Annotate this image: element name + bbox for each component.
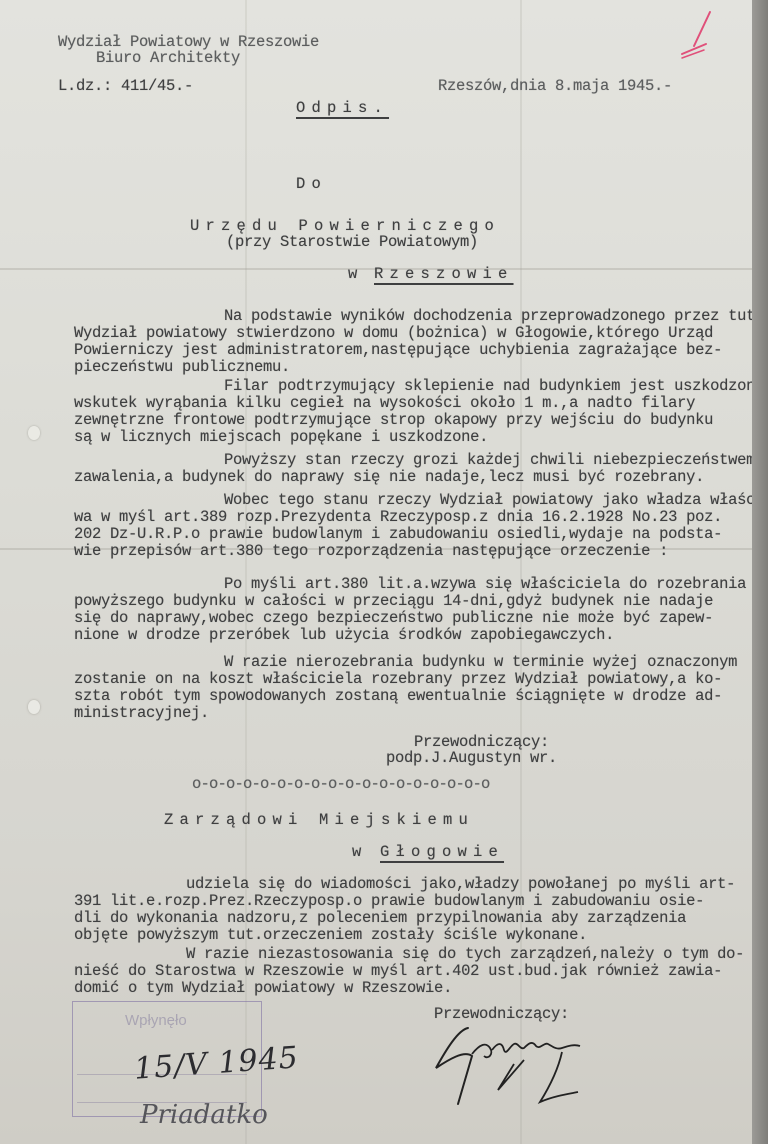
red-page-number-mark — [676, 8, 716, 64]
second-addressee-place: Głogowie — [380, 844, 504, 861]
punch-hole — [28, 426, 40, 440]
second-addressee-place-prefix: w — [352, 844, 361, 861]
second-addressee-name: Zarządowi Miejskiemu — [164, 812, 474, 829]
addressee-sub: (przy Starostwie Powiatowym) — [226, 234, 478, 251]
paragraph-ruling: Po myśli art.380 lit.a.wzywa się właścic… — [74, 576, 752, 644]
paragraph-danger: Powyższy stan rzeczy grozi każdej chwili… — [74, 452, 752, 486]
scan-background-edge — [752, 0, 768, 1144]
punch-hole — [28, 700, 40, 714]
separator-line: o-o-o-o-o-o-o-o-o-o-o-o-o-o-o-o-o-o — [192, 776, 490, 793]
document-page: Wydział Powiatowy w Rzeszowie Biuro Arch… — [0, 0, 752, 1144]
addressee-place-prefix: w — [348, 266, 357, 283]
place-date: Rzeszów,dnia 8.maja 1945.- — [438, 78, 672, 95]
paragraph-legal-basis: Wobec tego stanu rzeczy Wydział powiatow… — [74, 492, 752, 560]
paragraph-notification: udziela się do wiadomości jako,władzy po… — [74, 876, 752, 944]
paragraph-non-compliance: W razie niezastosowania się do tych zarz… — [74, 946, 752, 997]
stamp-handwritten-name: Priadatko — [140, 1100, 268, 1130]
to-label: Do — [296, 176, 327, 193]
reference-number: L.dz.: 411/45.- — [58, 78, 193, 95]
office-department: Biuro Architekty — [96, 50, 240, 67]
handwritten-signature — [428, 1020, 628, 1110]
copy-label: Odpis. — [296, 100, 389, 117]
addressee-place: Rzeszowie — [374, 266, 514, 283]
chairman-signed: podp.J.Augustyn wr. — [386, 750, 557, 767]
paragraph-damage: Filar podtrzymujący sklepienie nad budyn… — [74, 378, 752, 446]
paragraph-findings: Na podstawie wyników dochodzenia przepro… — [74, 308, 752, 376]
stamp-label: Wpłynęło — [125, 1012, 187, 1029]
paragraph-enforcement: W razie nierozebrania budynku w terminie… — [74, 654, 752, 722]
